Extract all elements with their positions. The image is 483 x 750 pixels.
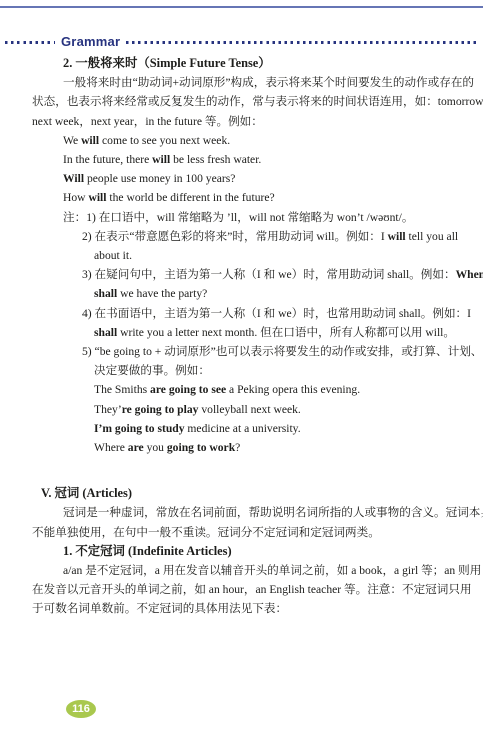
note-item-continuation: shall write you a letter next month. 但在口… xyxy=(32,323,460,342)
paragraph-line: 不能单独使用，在句中一般不重读。冠词分不定冠词和定冠词两类。 xyxy=(32,523,460,542)
example-sentence: I’m going to study medicine at a univers… xyxy=(32,419,460,438)
heading-articles: V. 冠词 (Articles) xyxy=(32,484,460,503)
paragraph-line: next week，next year，in the future 等。例如： xyxy=(32,112,460,131)
example-sentence: The Smiths are going to see a Peking ope… xyxy=(32,380,460,399)
paragraph-line: 于可数名词单数前。不定冠词的具体用法见下表： xyxy=(32,599,460,618)
example-sentence: How will the world be different in the f… xyxy=(32,188,460,207)
note-item-continuation: shall we have the party? xyxy=(32,284,460,303)
content-lines: 2. 一般将来时（Simple Future Tense）一般将来时由“助动词+… xyxy=(32,54,460,619)
heading-indefinite-articles: 1. 不定冠词 (Indefinite Articles) xyxy=(32,542,460,561)
paragraph-line: a/an 是不定冠词，a 用在发音以辅音开头的单词之前，如 a book，a g… xyxy=(32,561,460,580)
example-sentence: We will come to see you next week. xyxy=(32,131,460,150)
grammar-header: Grammar xyxy=(5,35,479,50)
example-sentence: Where are you going to work? xyxy=(32,438,460,457)
note-item-continuation: about it. xyxy=(32,246,460,265)
page-number-badge: 116 xyxy=(66,700,96,718)
note-item-continuation: 决定要做的事。例如： xyxy=(32,361,460,380)
note-item: 注：1) 在口语中，will 常缩略为 ’ll，will not 常缩略为 wo… xyxy=(32,208,460,227)
example-sentence: Will people use money in 100 years? xyxy=(32,169,460,188)
heading-simple-future-tense: 2. 一般将来时（Simple Future Tense） xyxy=(32,54,460,73)
top-rule-line xyxy=(0,6,483,8)
paragraph-line: 冠词是一种虚词，常放在名词前面，帮助说明名词所指的人或事物的含义。冠词本身 xyxy=(32,503,460,522)
paragraph-line: 在发音以元音开头的单词之前，如 an hour，an English teach… xyxy=(32,580,460,599)
note-item: 4) 在书面语中，主语为第一人称（I 和 we）时，也常用助动词 shall。例… xyxy=(32,304,460,323)
paragraph-line: 一般将来时由“助动词+动词原形”构成，表示将来某个时间要发生的动作或存在的 xyxy=(32,73,460,92)
paragraph-line: 状态，也表示将来经常或反复发生的动作，常与表示将来的时间状语连用，如：tomor… xyxy=(32,92,460,111)
note-item: 2) 在表示“带意愿色彩的将来”时，常用助动词 will。例如：I will t… xyxy=(32,227,460,246)
dotted-line-left xyxy=(5,41,55,44)
dotted-line-right xyxy=(126,41,479,44)
header-title: Grammar xyxy=(61,34,120,49)
page-content: 2. 一般将来时（Simple Future Tense）一般将来时由“助动词+… xyxy=(32,54,460,619)
example-sentence: In the future, there will be less fresh … xyxy=(32,150,460,169)
example-sentence: They’re going to play volleyball next we… xyxy=(32,400,460,419)
note-item: 5) “be going to + 动词原形”也可以表示将要发生的动作或安排，或… xyxy=(32,342,460,361)
note-item: 3) 在疑问句中，主语为第一人称（I 和 we）时，常用助动词 shall。例如… xyxy=(32,265,460,284)
